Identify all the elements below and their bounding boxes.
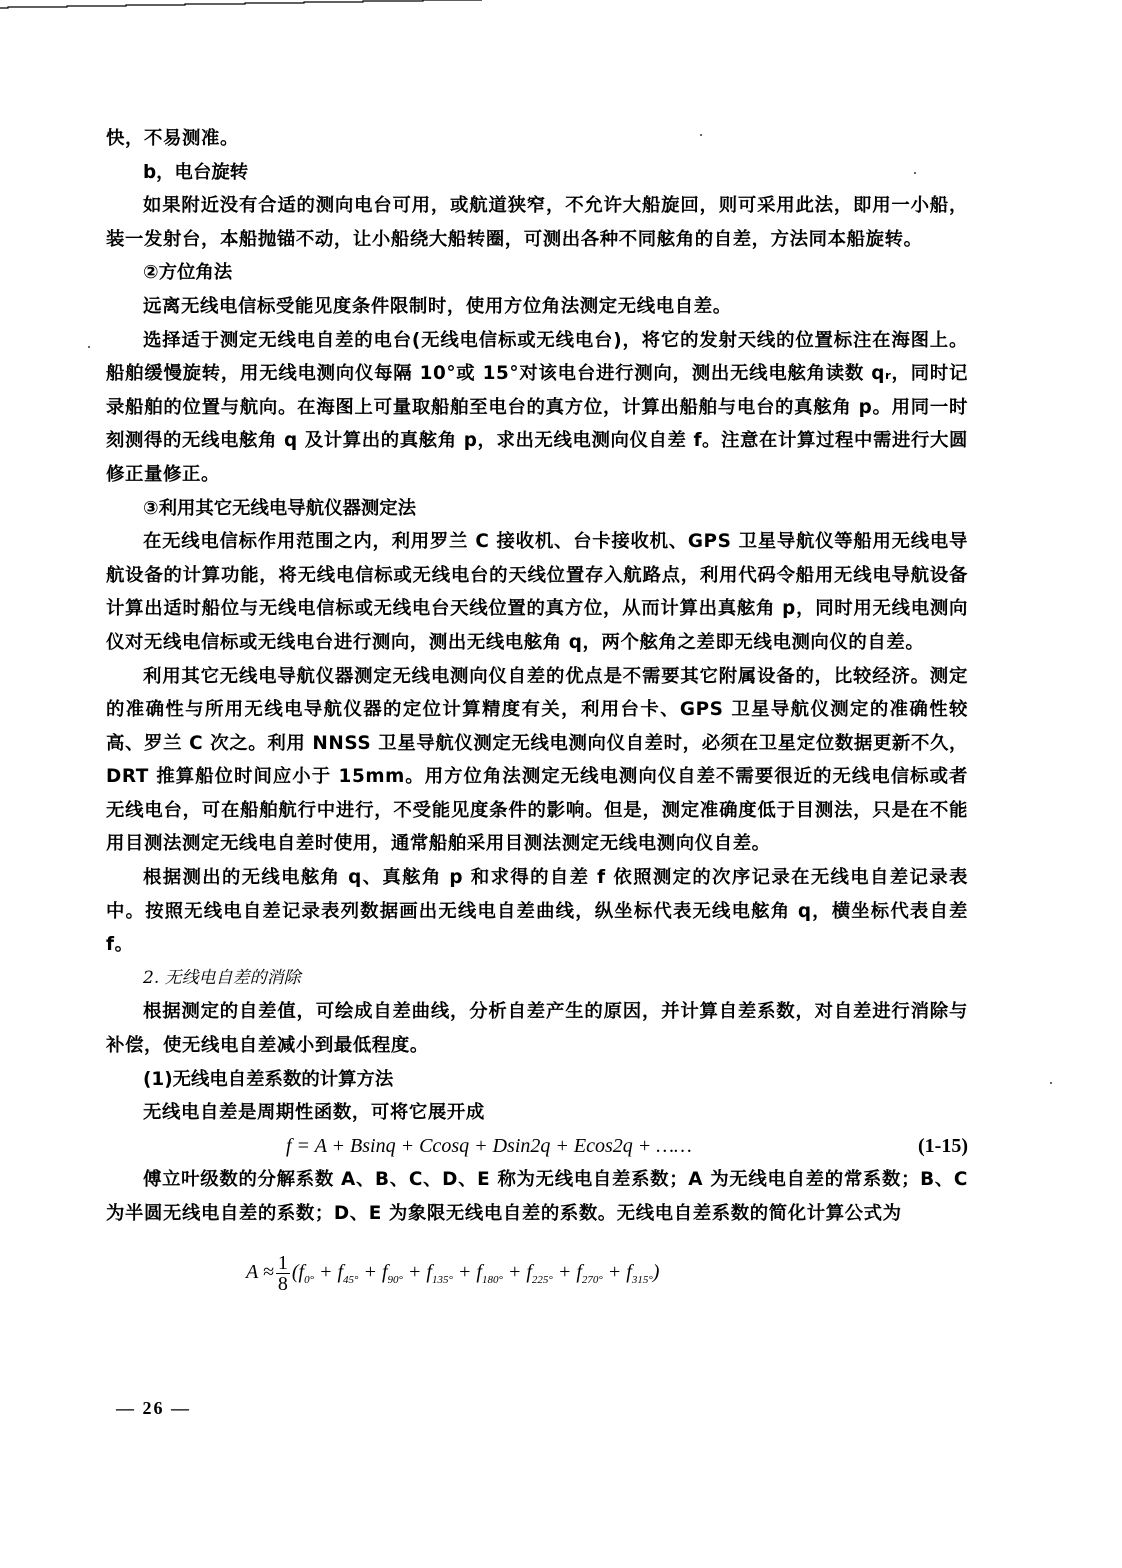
text-body: 快，不易测准。b，电台旋转如果附近没有合适的测向电台可用，或航道狭窄，不允许大船… bbox=[106, 122, 968, 1130]
formula-lhs: A ≈ bbox=[246, 1261, 274, 1283]
paragraph: 在无线电信标作用范围之内，利用罗兰 C 接收机、台卡接收机、GPS 卫星导航仪等… bbox=[106, 525, 968, 659]
page-number: — 26 — bbox=[116, 1398, 191, 1419]
paragraph: 如果附近没有合适的测向电台可用，或航道狭窄，不允许大船旋回，则可采用此法，即用一… bbox=[106, 189, 968, 256]
formula-a-expression: A ≈18(f0° + f45° + f90° + f135° + f180° … bbox=[246, 1253, 659, 1294]
text-body-continued: 傅立叶级数的分解系数 A、B、C、D、E 称为无线电自差系数；A 为无线电自差的… bbox=[106, 1163, 968, 1230]
formula-number: (1-15) bbox=[918, 1130, 968, 1164]
formula-term: f315° bbox=[626, 1261, 652, 1283]
paragraph: 傅立叶级数的分解系数 A、B、C、D、E 称为无线电自差系数；A 为无线电自差的… bbox=[106, 1163, 968, 1230]
fourier-series-formula: f = A + Bsinq + Ccosq + Dsin2q + Ecos2q … bbox=[106, 1130, 968, 1164]
page-top-edge-line bbox=[0, 0, 555, 8]
formula-term: f180° bbox=[476, 1261, 502, 1283]
scan-speck bbox=[700, 134, 702, 136]
formula-term: f135° bbox=[426, 1261, 452, 1283]
formula-term: f225° bbox=[526, 1261, 552, 1283]
formula-term: f270° bbox=[576, 1261, 602, 1283]
paragraph: 根据测定的自差值，可绘成自差曲线，分析自差产生的原因，并计算自差系数，对自差进行… bbox=[106, 995, 968, 1062]
subsection-heading: ③利用其它无线电导航仪器测定法 bbox=[106, 492, 968, 526]
paragraph: 无线电自差是周期性函数，可将它展开成 bbox=[106, 1096, 968, 1130]
paragraph: 远离无线电信标受能见度条件限制时，使用方位角法测定无线电自差。 bbox=[106, 290, 968, 324]
scan-speck bbox=[914, 172, 916, 174]
formula-term: f0° bbox=[299, 1261, 314, 1283]
formula-term: f90° bbox=[382, 1261, 403, 1283]
coefficient-a-formula: A ≈18(f0° + f45° + f90° + f135° + f180° … bbox=[106, 1239, 968, 1319]
fraction-one-eighth: 18 bbox=[276, 1253, 290, 1294]
paragraph: 根据测出的无线电舷角 q、真舷角 p 和求得的自差 f 依照测定的次序记录在无线… bbox=[106, 861, 968, 962]
document-page: 快，不易测准。b，电台旋转如果附近没有合适的测向电台可用，或航道狭窄，不允许大船… bbox=[106, 122, 968, 1319]
scan-speck bbox=[88, 346, 90, 348]
subsection-heading: (1)无线电自差系数的计算方法 bbox=[106, 1063, 968, 1097]
scan-speck bbox=[1050, 1082, 1052, 1084]
formula-expression: f = A + Bsinq + Ccosq + Dsin2q + Ecos2q … bbox=[286, 1130, 692, 1164]
subsection-heading: b，电台旋转 bbox=[106, 156, 968, 190]
paragraph: 选择适于测定无线电自差的电台(无线电信标或无线电台)，将它的发射天线的位置标注在… bbox=[106, 324, 968, 492]
section-heading: 2. 无线电自差的消除 bbox=[106, 962, 968, 996]
paragraph: 快，不易测准。 bbox=[106, 122, 968, 156]
subsection-heading: ②方位角法 bbox=[106, 256, 968, 290]
paragraph: 利用其它无线电导航仪器测定无线电测向仪自差的优点是不需要其它附属设备的，比较经济… bbox=[106, 660, 968, 862]
formula-term: f45° bbox=[337, 1261, 358, 1283]
